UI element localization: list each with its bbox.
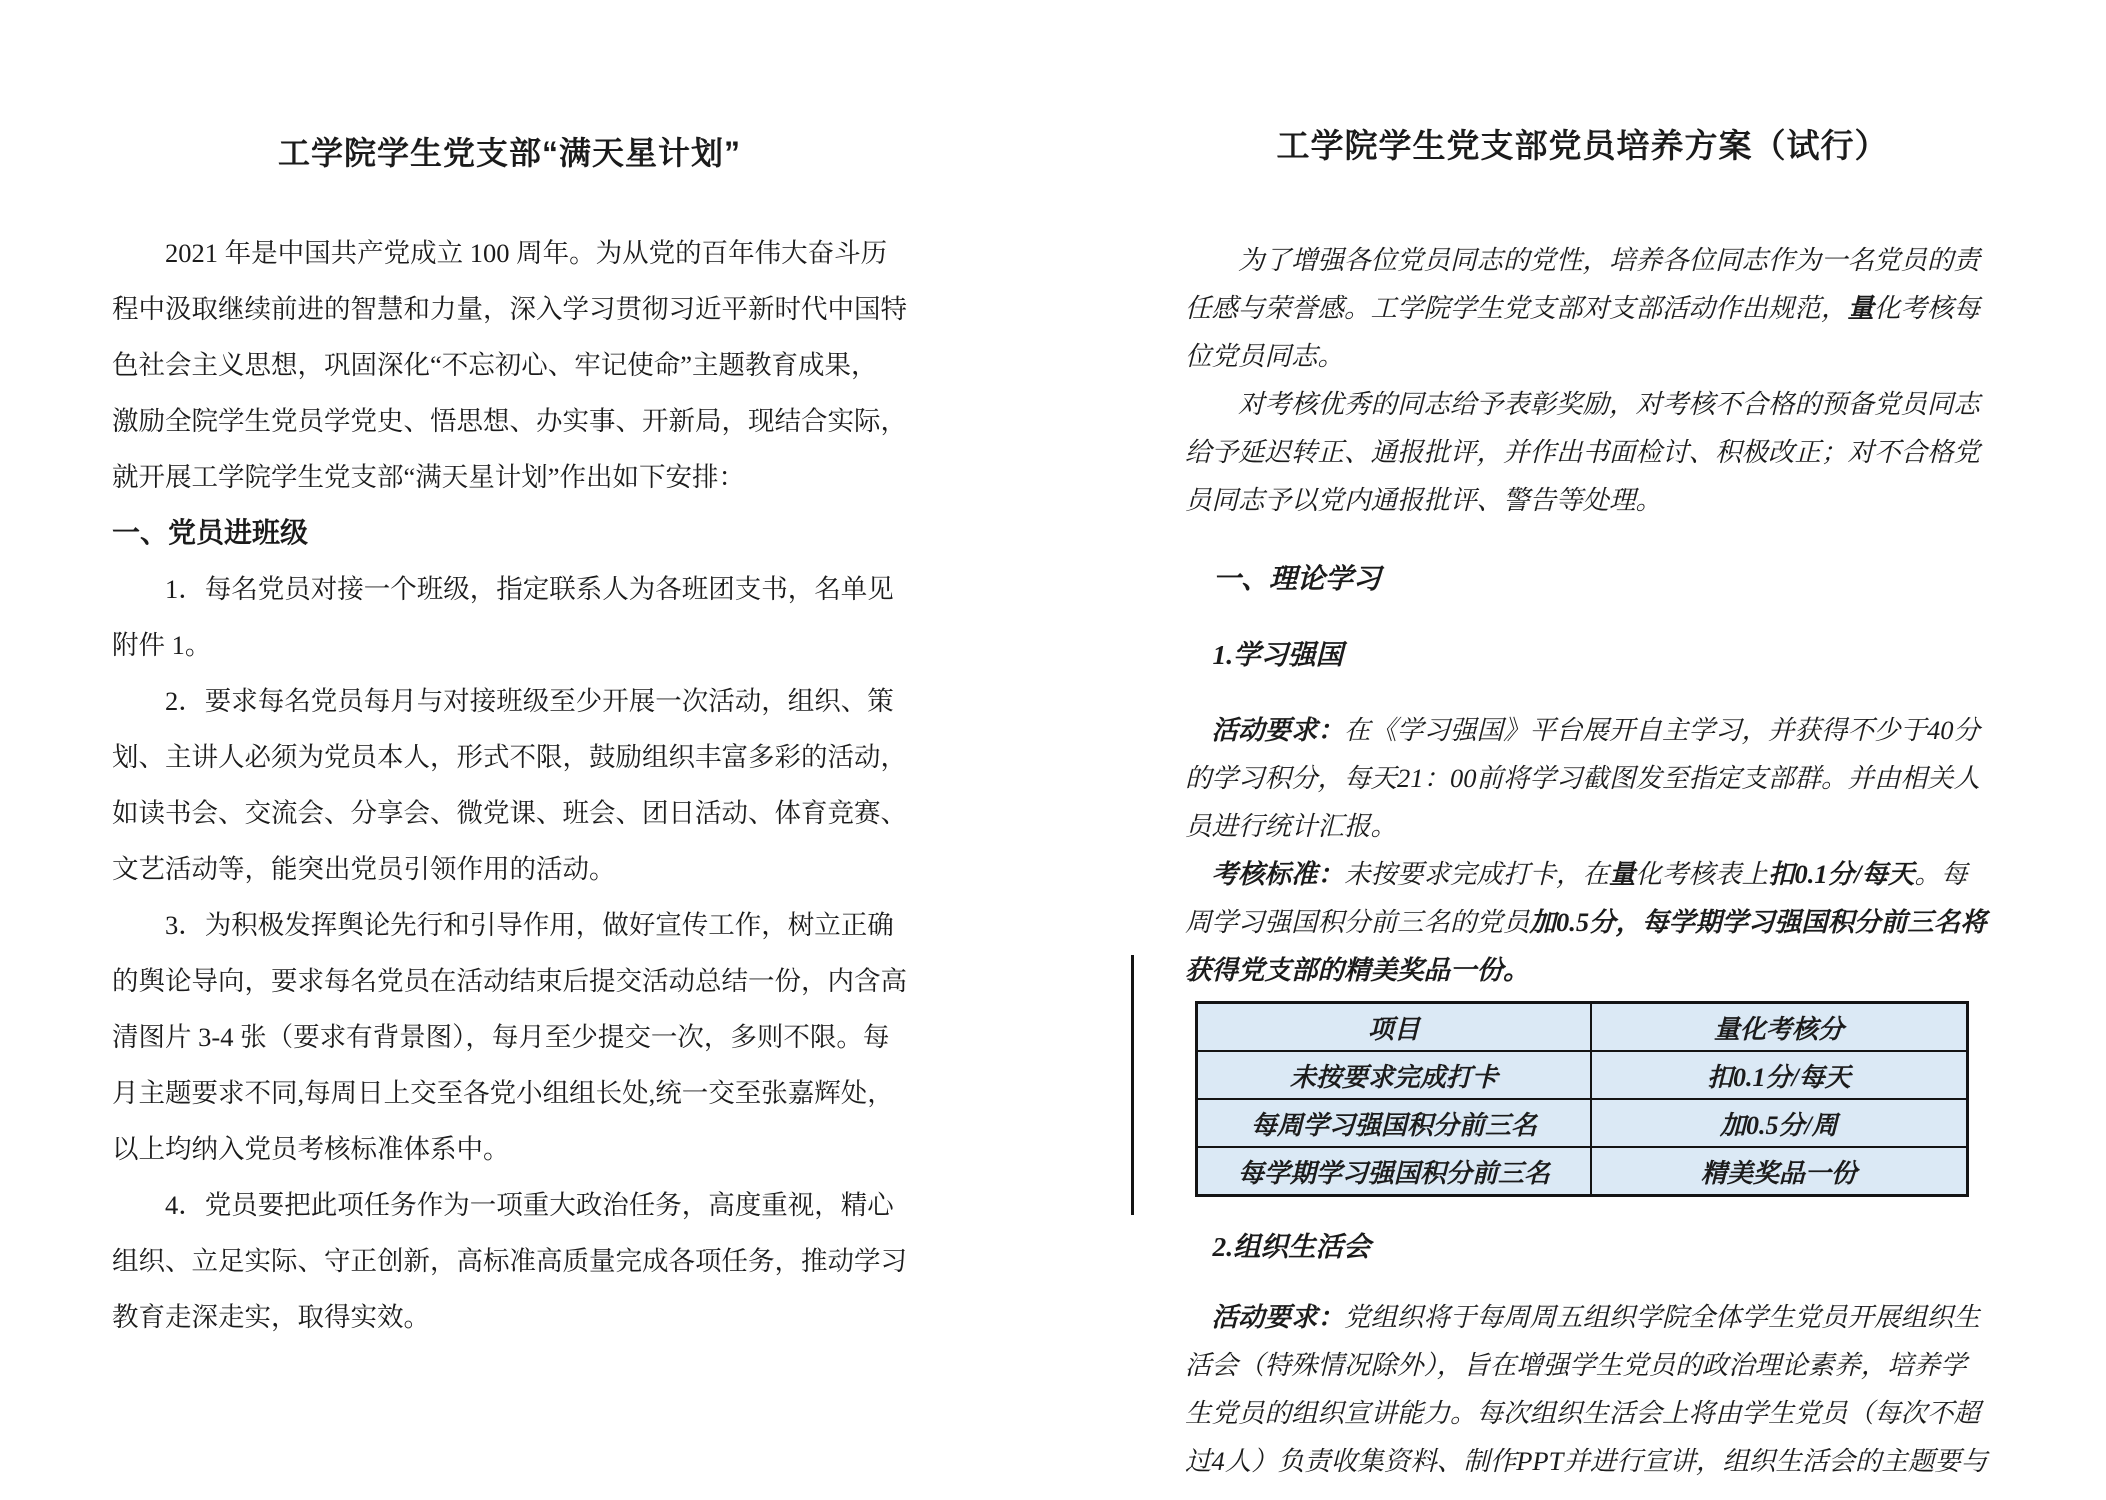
text-segment: 化考核表上 (1636, 859, 1769, 889)
text-segment: 活会（特殊情况除外），旨在增强学生党员的政治理论素养，培养学 (1185, 1350, 1967, 1380)
text-segment: 给予延迟转正、通报批评，并作出书面检讨、积极改正；对不合格党 (1185, 437, 1980, 467)
text-line: 为了增强各位党员同志的党性，培养各位同志作为一名党员的责 (1185, 236, 1980, 284)
text-segment: 扣0.1分/每天 (1768, 859, 1915, 889)
text-segment: 员同志予以党内通报批评、警告等处理。 (1185, 485, 1662, 515)
right-page-body-upper: 为了增强各位党员同志的党性，培养各位同志作为一名党员的责任感与荣誉感。工学院学生… (1185, 236, 1980, 994)
text-line: 划、主讲人必须为党员本人，形式不限，鼓励组织丰富多彩的活动， (112, 729, 907, 785)
text-line: 给予延迟转正、通报批评，并作出书面检讨、积极改正；对不合格党 (1185, 428, 1980, 476)
table-cell: 每学期学习强国积分前三名 (1197, 1147, 1591, 1196)
text-segment: 划、主讲人必须为党员本人，形式不限，鼓励组织丰富多彩的活动， (112, 742, 907, 772)
text-segment: 。每 (1915, 859, 1968, 889)
text-segment: 2021 年是中国共产党成立 100 周年。为从党的百年伟大奋斗历 (112, 238, 887, 268)
text-segment: 党组织将于每周周五组织学院全体学生党员开展组织生 (1344, 1302, 1980, 1332)
text-line: 获得党支部的精美奖品一份。 (1185, 946, 1980, 994)
text-segment: 考核标准： (1185, 859, 1344, 889)
text-line: 过4人）负责收集资料、制作PPT并进行宣讲，组织生活会的主题要与 (1185, 1437, 1980, 1485)
text-segment: 的学习积分，每天21：00前将学习截图发至指定支部群。并由相关人 (1185, 763, 1980, 793)
text-segment: 化考核每 (1874, 293, 1980, 323)
text-segment: 员进行统计汇报。 (1185, 811, 1397, 841)
text-segment: 附件 1。 (112, 630, 211, 660)
text-segment: 程中汲取继续前进的智慧和力量，深入学习贯彻习近平新时代中国特 (112, 294, 907, 324)
text-segment: 如读书会、交流会、分享会、微党课、班会、团日活动、体育竞赛、 (112, 798, 907, 828)
table-cell: 未按要求完成打卡 (1197, 1051, 1591, 1099)
text-segment: 位党员同志。 (1185, 341, 1344, 371)
text-segment: 就开展工学院学生党支部“满天星计划”作出如下安排： (112, 462, 745, 492)
text-line: 2021 年是中国共产党成立 100 周年。为从党的百年伟大奋斗历 (112, 225, 907, 281)
text-line: 4．党员要把此项任务作为一项重大政治任务，高度重视，精心 (112, 1177, 907, 1233)
table-row: 每学期学习强国积分前三名 精美奖品一份 (1197, 1147, 1968, 1196)
text-line: 周学习强国积分前三名的党员加0.5分，每学期学习强国积分前三名将 (1185, 898, 1980, 946)
text-line: 如读书会、交流会、分享会、微党课、班会、团日活动、体育竞赛、 (112, 785, 907, 841)
text-line: 员同志予以党内通报批评、警告等处理。 (1185, 476, 1980, 524)
table-row: 未按要求完成打卡 扣0.1分/每天 (1197, 1051, 1968, 1099)
text-line: 组织、立足实际、守正创新，高标准高质量完成各项任务，推动学习 (112, 1233, 907, 1289)
text-segment: 清图片 3-4 张（要求有背景图），每月至少提交一次，多则不限。每 (112, 1022, 889, 1052)
left-page-title: 工学院学生党支部“满天星计划” (112, 128, 907, 174)
table-row: 每周学习强国积分前三名 加0.5分/周 (1197, 1099, 1968, 1147)
text-segment: 活动要求： (1185, 715, 1344, 745)
text-line: 月主题要求不同,每周日上交至各党小组组长处,统一交至张嘉辉处， (112, 1065, 907, 1121)
text-line: 清图片 3-4 张（要求有背景图），每月至少提交一次，多则不限。每 (112, 1009, 907, 1065)
text-line: 就开展工学院学生党支部“满天星计划”作出如下安排： (112, 449, 907, 505)
text-line: 对考核优秀的同志给予表彰奖励，对考核不合格的预备党员同志 (1185, 380, 1980, 428)
text-line: 教育走深走实，取得实效。 (112, 1289, 907, 1345)
text-segment: 加0.5分，每学期学习强国积分前三名将 (1530, 907, 1987, 937)
text-line: 3．为积极发挥舆论先行和引导作用，做好宣传工作，树立正确 (112, 897, 907, 953)
text-segment: 量 (1609, 859, 1636, 889)
text-segment: 未按要求完成打卡，在 (1344, 859, 1609, 889)
text-segment: 一、党员进班级 (112, 517, 308, 548)
text-segment: 在《学习强国》平台展开自主学习，并获得不少于40分 (1344, 715, 1980, 745)
text-line: 活动要求：在《学习强国》平台展开自主学习，并获得不少于40分 (1185, 706, 1980, 754)
table-header-score: 量化考核分 (1591, 1003, 1968, 1052)
left-page-body: 2021 年是中国共产党成立 100 周年。为从党的百年伟大奋斗历程中汲取继续前… (112, 225, 907, 1345)
text-segment: 生党员的组织宣讲能力。每次组织生活会上将由学生党员（每次不超 (1185, 1398, 1980, 1428)
heading-line: 2.组织生活会 (1185, 1223, 1980, 1271)
text-line: 员进行统计汇报。 (1185, 802, 1980, 850)
table-header-item: 项目 (1197, 1003, 1591, 1052)
text-segment: 以上均纳入党员考核标准体系中。 (112, 1134, 510, 1164)
text-segment: 的舆论导向，要求每名党员在活动结束后提交活动总结一份，内含高 (112, 966, 907, 996)
text-line: 任感与荣誉感。工学院学生党支部对支部活动作出规范，量化考核每 (1185, 284, 1980, 332)
text-segment: 3．为积极发挥舆论先行和引导作用，做好宣传工作，树立正确 (112, 910, 894, 940)
text-segment: 任感与荣誉感。工学院学生党支部对支部活动作出规范， (1185, 293, 1848, 323)
document-viewer: { "colors": { "table_fill": "#dbe9f5", "… (0, 0, 2106, 1500)
text-segment: 2．要求每名党员每月与对接班级至少开展一次活动，组织、策 (112, 686, 894, 716)
text-segment: 组织、立足实际、守正创新，高标准高质量完成各项任务，推动学习 (112, 1246, 907, 1276)
text-segment: 月主题要求不同,每周日上交至各党小组组长处,统一交至张嘉辉处， (112, 1078, 894, 1108)
table-cell: 每周学习强国积分前三名 (1197, 1099, 1591, 1147)
text-segment: 过4人）负责收集资料、制作PPT并进行宣讲，组织生活会的主题要与 (1185, 1446, 1987, 1476)
text-line: 1．每名党员对接一个班级，指定联系人为各班团支书，名单见 (112, 561, 907, 617)
text-line: 的学习积分，每天21：00前将学习截图发至指定支部群。并由相关人 (1185, 754, 1980, 802)
text-segment: 1.学习强国 (1185, 639, 1343, 670)
text-segment: 1．每名党员对接一个班级，指定联系人为各班团支书，名单见 (112, 574, 894, 604)
text-line: 活动要求：党组织将于每周周五组织学院全体学生党员开展组织生 (1185, 1293, 1980, 1341)
heading-line: 1.学习强国 (1185, 631, 1980, 679)
table-header-row: 项目 量化考核分 (1197, 1003, 1968, 1052)
text-segment: 一、理论学习 (1185, 564, 1381, 595)
text-line: 位党员同志。 (1185, 332, 1980, 380)
text-line: 2．要求每名党员每月与对接班级至少开展一次活动，组织、策 (112, 673, 907, 729)
text-segment: 色社会主义思想，巩固深化“不忘初心、牢记使命”主题教育成果， (112, 350, 878, 380)
text-segment: 2.组织生活会 (1185, 1231, 1371, 1262)
text-segment: 教育走深走实，取得实效。 (112, 1302, 430, 1332)
text-segment: 对考核优秀的同志给予表彰奖励，对考核不合格的预备党员同志 (1185, 389, 1980, 419)
text-line: 考核标准：未按要求完成打卡，在量化考核表上扣0.1分/每天。每 (1185, 850, 1980, 898)
heading-line: 一、党员进班级 (112, 505, 907, 561)
quantified-score-table: 项目 量化考核分 未按要求完成打卡 扣0.1分/每天 每周学习强国积分前三名 加… (1195, 1001, 1969, 1197)
text-line: 的舆论导向，要求每名党员在活动结束后提交活动总结一份，内含高 (112, 953, 907, 1009)
text-line: 色社会主义思想，巩固深化“不忘初心、牢记使命”主题教育成果， (112, 337, 907, 393)
table-cell: 扣0.1分/每天 (1591, 1051, 1968, 1099)
text-line: 程中汲取继续前进的智慧和力量，深入学习贯彻习近平新时代中国特 (112, 281, 907, 337)
text-segment: 获得党支部的精美奖品一份。 (1185, 955, 1530, 985)
text-segment: 周学习强国积分前三名的党员 (1185, 907, 1530, 937)
table-cell: 精美奖品一份 (1591, 1147, 1968, 1196)
text-segment: 4．党员要把此项任务作为一项重大政治任务，高度重视，精心 (112, 1190, 894, 1220)
text-line: 激励全院学生党员学党史、悟思想、办实事、开新局，现结合实际， (112, 393, 907, 449)
text-segment: 量 (1848, 293, 1875, 323)
text-segment: 激励全院学生党员学党史、悟思想、办实事、开新局，现结合实际， (112, 406, 907, 436)
revision-change-bar (1131, 955, 1134, 1215)
text-line: 活会（特殊情况除外），旨在增强学生党员的政治理论素养，培养学 (1185, 1341, 1980, 1389)
text-line: 生党员的组织宣讲能力。每次组织生活会上将由学生党员（每次不超 (1185, 1389, 1980, 1437)
table-cell: 加0.5分/周 (1591, 1099, 1968, 1147)
text-line: 文艺活动等，能突出党员引领作用的活动。 (112, 841, 907, 897)
text-line: 以上均纳入党员考核标准体系中。 (112, 1121, 907, 1177)
text-line: 附件 1。 (112, 617, 907, 673)
text-segment: 为了增强各位党员同志的党性，培养各位同志作为一名党员的责 (1185, 245, 1980, 275)
text-segment: 文艺活动等，能突出党员引领作用的活动。 (112, 854, 616, 884)
right-page-title: 工学院学生党支部党员培养方案（试行） (1185, 120, 1980, 167)
text-segment: 活动要求： (1185, 1302, 1344, 1332)
right-page-body-lower: 2.组织生活会 活动要求：党组织将于每周周五组织学院全体学生党员开展组织生活会（… (1185, 1201, 1980, 1485)
heading-line: 一、理论学习 (1185, 556, 1980, 604)
